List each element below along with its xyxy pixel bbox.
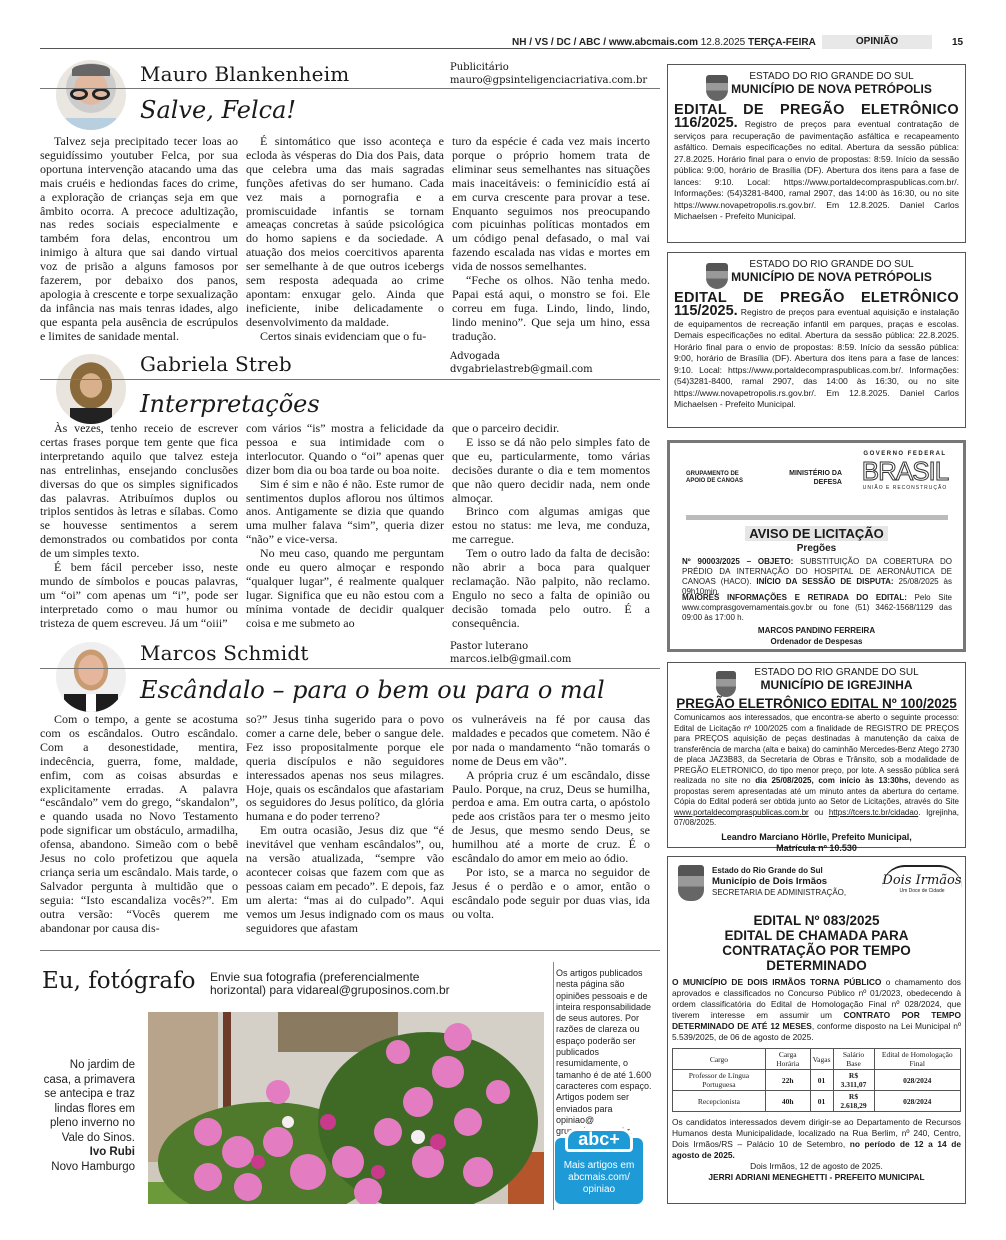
article-body: Com o tempo, a gente se acostuma com os …: [40, 713, 660, 936]
article-body: Talvez seja precipitado tecer loas ao se…: [40, 135, 660, 344]
ad-text: Registro de preços para eventual aquisiç…: [674, 307, 959, 409]
paragraph: Por isto, se a marca no seguidor de Jesu…: [452, 866, 650, 922]
ad-body: 115/2025. Registro de preços para eventu…: [674, 306, 959, 411]
article-marcos: Marcos Schmidt Pastor luterano marcos.ie…: [40, 638, 660, 938]
gov-logo-bottom: UNIÃO E RECONSTRUÇÃO: [860, 485, 950, 491]
legal-ad-igrejinha: ESTADO DO RIO GRANDE DO SUL MUNICÍPIO DE…: [667, 662, 966, 848]
photo-section-title: Eu, fotógrafo: [42, 968, 195, 994]
paragraph: “Feche os olhos. Não tenha medo. Papai e…: [452, 274, 650, 344]
table-cell: Recepcionista: [673, 1091, 766, 1112]
dois-irmaos-logo: Dois Irmãos Um Doce de Cidade: [882, 865, 962, 894]
author-role: Advogada: [450, 350, 593, 363]
paragraph: que o parceiro decidir.: [452, 422, 650, 436]
table-header: Vagas: [810, 1049, 833, 1070]
table-cell: 40h: [765, 1091, 810, 1112]
ad-number: 116/2025.: [674, 115, 738, 131]
ad-divider: [686, 515, 948, 520]
tcers-link[interactable]: https://tcers.tc.br/cidadao: [829, 808, 918, 817]
table-cell: 028/2024: [874, 1070, 960, 1091]
portal-link[interactable]: www.portaldecompraspublicas.com.br: [674, 808, 809, 817]
article-gabriela: Gabriela Streb Advogada dvgabrielastreb@…: [40, 348, 660, 638]
paragraph: A própria cruz é um escândalo, disse Pau…: [452, 769, 650, 866]
abc-plus-text: Mais artigos em abcmais.com/ opiniao: [555, 1160, 643, 1196]
ad-signer-role: Ordenador de Despesas: [670, 636, 963, 647]
author-rule: [40, 668, 660, 669]
ad-issuer: Estado do Rio Grande do Sul Município de…: [712, 865, 846, 898]
vertical-divider: [553, 962, 554, 1210]
paragraph: Brinco com algumas amigas que estou no s…: [452, 505, 650, 547]
author-name: Mauro Blankenheim: [140, 62, 349, 86]
ad-state: ESTADO DO RIO GRANDE DO SUL: [704, 259, 959, 270]
table-row: Recepcionista 40h 01 R$ 2.618,29 028/202…: [673, 1091, 961, 1112]
paragraph: Tem o outro lado da falta de decisão: nã…: [452, 547, 650, 630]
ad-subtitle: Pregões: [670, 543, 963, 554]
paragraph: os vulneráveis na fé por causa das malda…: [452, 713, 650, 769]
ad-signature: Leandro Marciano Hörlle, Prefeito Munici…: [674, 832, 959, 854]
ad-text: Registro de preços para eventual contrat…: [674, 119, 959, 221]
opinion-disclaimer: Os artigos publicados nesta página são o…: [556, 968, 652, 1137]
editions: NH / VS / DC / ABC / www.abcmais.com: [512, 37, 698, 48]
column-3: turo da espécie é cada vez mais incerto …: [452, 135, 650, 344]
ad-session-label: INÍCIO DA SESSÃO DE DISPUTA:: [756, 577, 893, 586]
reader-photo: [148, 1012, 544, 1204]
paragraph: É bem fácil perceber isso, neste mundo d…: [40, 561, 238, 631]
author-info: Pastor luterano marcos.ielb@gmail.com: [450, 640, 571, 666]
abc-plus-promo[interactable]: abc+ Mais artigos em abcmais.com/ opinia…: [555, 1138, 643, 1204]
paragraph: Com o tempo, a gente se acostuma com os …: [40, 713, 238, 936]
ad-state: Estado do Rio Grande do Sul: [712, 865, 846, 876]
ad-title-wrap: AVISO DE LICITAÇÃO: [670, 525, 963, 543]
ad-object-label: Nº 90003/2025 – OBJETO:: [682, 557, 793, 566]
table-header: Edital de Homologação Final: [874, 1049, 960, 1070]
paragraph: Certos sinais evidenciam que o fu-: [246, 330, 444, 344]
article-title: Interpretações: [140, 390, 320, 418]
author-rule: [40, 88, 660, 89]
paragraph: E isso se dá não pelo simples fato de qu…: [452, 436, 650, 506]
author-rule: [40, 379, 660, 380]
table-cell: 01: [810, 1091, 833, 1112]
table-cell: 22h: [765, 1070, 810, 1091]
author-name: Marcos Schmidt: [140, 641, 309, 665]
ad-state: ESTADO DO RIO GRANDE DO SUL: [714, 667, 959, 678]
paragraph: Sim é sim e não é não. Este rumor de sen…: [246, 478, 444, 548]
ad-number: 115/2025.: [674, 303, 738, 319]
paragraph: turo da espécie é cada vez mais incerto …: [452, 135, 650, 274]
author-email[interactable]: dvgabrielastreb@gmail.com: [450, 363, 593, 376]
author-info: Advogada dvgabrielastreb@gmail.com: [450, 350, 593, 376]
weekday: TERÇA-FEIRA: [748, 37, 816, 48]
ad-signer: JERRI ADRIANI MENEGHETTI - PREFEITO MUNI…: [672, 1172, 961, 1183]
positions-table: Cargo Carga Horária Vagas Salário Base E…: [672, 1048, 961, 1112]
table-cell: 01: [810, 1070, 833, 1091]
ad-municipality: Município de Dois Irmãos: [712, 876, 846, 887]
flower-photo-illustration: [148, 1012, 544, 1204]
coat-of-arms-icon: [706, 263, 728, 289]
ad-signer-id: Matrícula nº 10.530: [674, 843, 959, 854]
ad-heading: EDITAL Nº 083/2025 EDITAL DE CHAMADA PAR…: [672, 913, 961, 973]
paragraph: Às vezes, tenho receio de escrever certa…: [40, 422, 238, 561]
avatar: [56, 354, 126, 424]
logo-text: Dois Irmãos: [882, 865, 962, 888]
ad-department: SECRETARIA DE ADMINISTRAÇÃO,: [712, 887, 846, 898]
ad-municipality: MUNICÍPIO DE NOVA PETRÓPOLIS: [704, 82, 959, 96]
table-cell: 028/2024: [874, 1091, 960, 1112]
paragraph: É sintomático que isso aconteça e eclodа…: [246, 135, 444, 330]
caption-text: No jardim de casa, a primavera se anteci…: [40, 1058, 135, 1145]
ad-text-bold: O MUNICÍPIO DE DOIS IRMÃOS TORNA PÚBLICO: [672, 977, 881, 987]
ad-text: ou: [814, 808, 823, 817]
article-title: Escândalo – para o bem ou para o mal: [140, 676, 605, 704]
author-email[interactable]: marcos.ielb@gmail.com: [450, 653, 571, 666]
paragraph: com vários “is” mostra a felicidade da p…: [246, 422, 444, 478]
logo-slogan: Um Doce de Cidade: [882, 888, 962, 894]
ad-unit: GRUPAMENTO DE APOIO DE CANOAS: [686, 471, 746, 485]
column-3: que o parceiro decidir. E isso se dá não…: [452, 422, 650, 631]
photographer: Ivo Rubi: [90, 1146, 135, 1158]
table-header-row: Cargo Carga Horária Vagas Salário Base E…: [673, 1049, 961, 1070]
ad-municipality: MUNICÍPIO DE NOVA PETRÓPOLIS: [704, 270, 959, 284]
gov-logo-wordmark: BRASIL: [860, 457, 950, 485]
paragraph: Em outra ocasião, Jesus diz que “é inevi…: [246, 824, 444, 935]
avatar: [56, 60, 126, 130]
legal-ad-dois-irmaos: Estado do Rio Grande do Sul Município de…: [667, 856, 966, 1204]
column-1: Talvez seja precipitado tecer loas ao se…: [40, 135, 238, 344]
paragraph: so?” Jesus tinha sugerido para o povo co…: [246, 713, 444, 824]
ad-info-label: MAIORES INFORMAÇÕES E RETIRADA DO EDITAL…: [682, 593, 907, 602]
photo-instructions: Envie sua fotografia (preferencialmente …: [210, 971, 450, 997]
table-header: Salário Base: [833, 1049, 874, 1070]
page-number: 15: [952, 37, 963, 48]
table-header: Cargo: [673, 1049, 766, 1070]
column-3: os vulneráveis na fé por causa das malda…: [452, 713, 650, 936]
ad-info: MAIORES INFORMAÇÕES E RETIRADA DO EDITAL…: [682, 593, 952, 623]
ad-heading-2: EDITAL DE CHAMADA PARA CONTRATAÇÃO POR T…: [672, 928, 961, 973]
column-2: É sintomático que isso aconteça e eclodа…: [246, 135, 444, 344]
legal-ad-nova-petropolis-116: ESTADO DO RIO GRANDE DO SUL MUNICÍPIO DE…: [667, 64, 966, 243]
paragraph: No meu caso, quando me perguntam onde eu…: [246, 547, 444, 630]
header-rule: [40, 48, 810, 49]
author-role: Publicitário: [450, 61, 647, 74]
date: 12.8.2025: [701, 37, 746, 48]
ad-text-bold: dia 25/08/2025, com início às 13:30hs,: [755, 776, 910, 785]
column-2: com vários “is” mostra a felicidade da p…: [246, 422, 444, 631]
ad-state: ESTADO DO RIO GRANDE DO SUL: [704, 71, 959, 82]
ad-text: Comunicamos aos interessados, que encont…: [674, 713, 959, 785]
ad-municipality: MUNICÍPIO DE IGREJINHA: [714, 678, 959, 692]
photo-caption: No jardim de casa, a primavera se anteci…: [40, 1058, 135, 1174]
abc-plus-logo: abc+: [565, 1128, 633, 1152]
legal-ad-nova-petropolis-115: ESTADO DO RIO GRANDE DO SUL MUNICÍPIO DE…: [667, 252, 966, 428]
author-role: Pastor luterano: [450, 640, 571, 653]
legal-ad-defesa: GRUPAMENTO DE APOIO DE CANOAS MINISTÉRIO…: [667, 440, 966, 652]
table-cell: R$ 3.311,07: [833, 1070, 874, 1091]
ad-body: Comunicamos aos interessados, que encont…: [674, 713, 959, 829]
author-email[interactable]: mauro@gpsinteligenciacriativa.com.br: [450, 74, 647, 87]
coat-of-arms-icon: [716, 671, 736, 697]
ad-heading-1: EDITAL Nº 083/2025: [672, 913, 961, 928]
column-1: Com o tempo, a gente se acostuma com os …: [40, 713, 238, 936]
table-header: Carga Horária: [765, 1049, 810, 1070]
ad-signer: Leandro Marciano Hörlle, Prefeito Munici…: [674, 832, 959, 843]
column-2: so?” Jesus tinha sugerido para o povo co…: [246, 713, 444, 936]
coat-of-arms-icon: [706, 75, 728, 101]
ad-signature: MARCOS PANDINO FERREIRA Ordenador de Des…: [670, 625, 963, 647]
author-info: Publicitário mauro@gpsinteligenciacriati…: [450, 61, 647, 87]
column-1: Às vezes, tenho receio de escrever certa…: [40, 422, 238, 631]
table-cell: R$ 2.618,29: [833, 1091, 874, 1112]
photo-city: Novo Hamburgo: [40, 1160, 135, 1175]
article-body: Às vezes, tenho receio de escrever certa…: [40, 422, 660, 631]
ad-heading: PREGÃO ELETRÔNICO EDITAL Nº 100/2025: [674, 696, 959, 711]
ad-body: 116/2025. Registro de preços para eventu…: [674, 118, 959, 223]
article-mauro: Mauro Blankenheim Publicitário mauro@gps…: [40, 60, 660, 340]
ad-title: AVISO DE LICITAÇÃO: [745, 526, 888, 541]
avatar: [56, 642, 126, 712]
ad-place-date: Dois Irmãos, 12 de agosto de 2025.: [672, 1161, 961, 1172]
ad-closing: Os candidatos interessados devem dirigir…: [672, 1117, 961, 1161]
article-title: Salve, Felca!: [140, 96, 296, 124]
table-row: Professor de Língua Portuguesa 22h 01 R$…: [673, 1070, 961, 1091]
ad-ministry: MINISTÉRIO DA DEFESA: [782, 469, 842, 487]
table-cell: Professor de Língua Portuguesa: [673, 1070, 766, 1091]
section-label: OPINIÃO: [822, 35, 932, 49]
ad-body: O MUNICÍPIO DE DOIS IRMÃOS TORNA PÚBLICO…: [672, 977, 961, 1043]
page-header: NH / VS / DC / ABC / www.abcmais.com 12.…: [512, 37, 816, 48]
ad-body: Nº 90003/2025 – OBJETO: SUBSTITUIÇÃO DA …: [682, 557, 952, 597]
ad-signer: MARCOS PANDINO FERREIRA: [670, 625, 963, 636]
gov-logo: GOVERNO FEDERAL BRASIL UNIÃO E RECONSTRU…: [860, 451, 950, 491]
coat-of-arms-icon: [678, 865, 704, 901]
author-name: Gabriela Streb: [140, 352, 292, 376]
paragraph: Talvez seja precipitado tecer loas ao se…: [40, 135, 238, 344]
section-divider: [40, 950, 660, 951]
